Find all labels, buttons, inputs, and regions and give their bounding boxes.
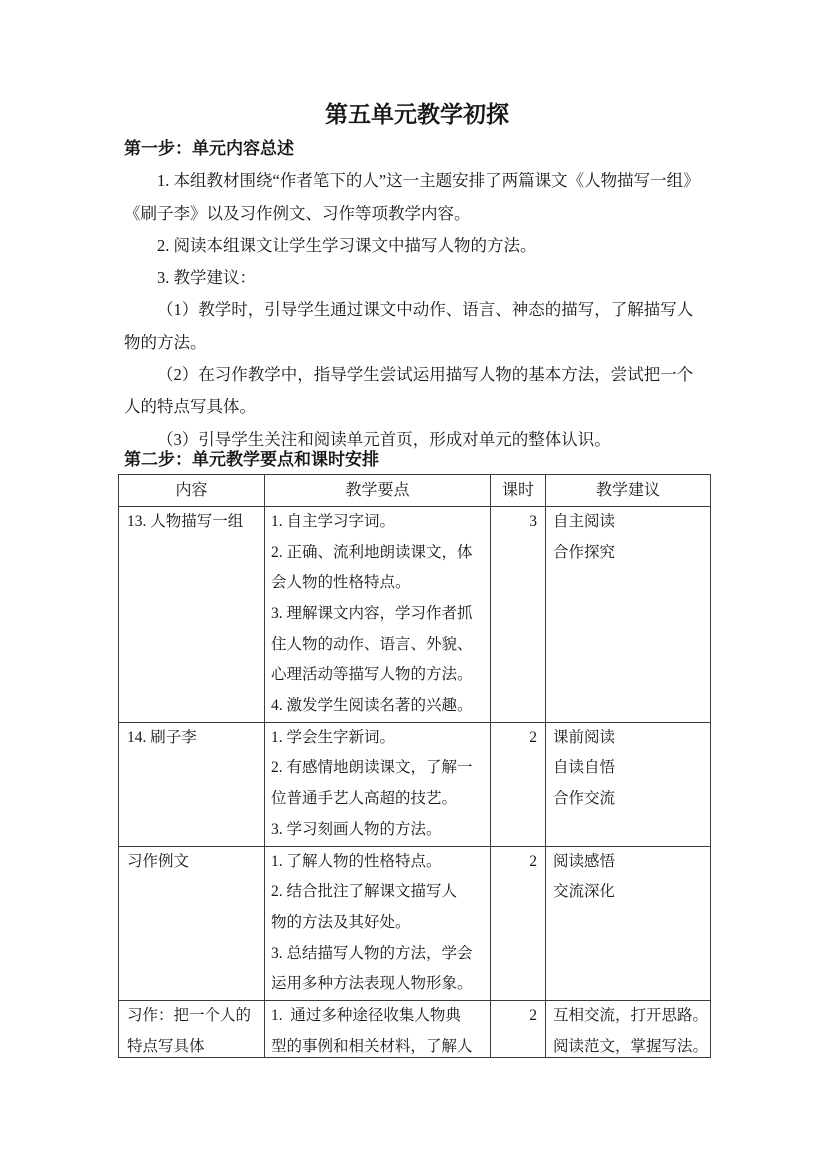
cell-line: 住人物的动作、语言、外貌、 — [265, 630, 490, 661]
body-line: （2）在习作教学中，指导学生尝试运用描写人物的基本方法，尝试把一个 — [124, 359, 710, 391]
body-line: 物的方法。 — [124, 327, 710, 359]
cell-line: 2 — [491, 847, 545, 878]
clipped-cell-box: 习作：把一个人的 特点写具体 — [119, 1001, 264, 1057]
cell-line: 阅读范文，掌握写法。 — [546, 1032, 710, 1057]
cell-line: 互相交流，打开思路。 — [546, 1001, 710, 1032]
cell-suggestions: 阅读感悟 交流深化 — [546, 846, 711, 1000]
cell-line: 1. 学会生字新词。 — [265, 723, 490, 754]
cell-line: 2. 结合批注了解课文描写人 — [265, 877, 490, 908]
cell-line: 会人物的性格特点。 — [265, 568, 490, 599]
cell-line: 物的方法及其好处。 — [265, 908, 490, 939]
cell-teaching-points: 1. 学会生字新词。 2. 有感情地朗读课文，了解一 位普通手艺人高超的技艺。 … — [265, 722, 491, 846]
cell-line: 3. 学习刻画人物的方法。 — [265, 815, 490, 846]
cell-content: 14. 刷子李 — [119, 722, 265, 846]
column-header-points: 教学要点 — [265, 474, 491, 506]
clipped-cell-box: 2 — [491, 1001, 545, 1057]
cell-hours: 3 — [491, 506, 546, 722]
cell-teaching-points: 1. 通过多种途径收集人物典 型的事例和相关材料，了解人 — [265, 1000, 491, 1057]
cell-hours: 2 — [491, 722, 546, 846]
cell-line: 合作交流 — [546, 784, 710, 815]
clipped-cell-box: 1. 通过多种途径收集人物典 型的事例和相关材料，了解人 — [265, 1001, 490, 1057]
cell-line: 交流深化 — [546, 877, 710, 908]
body-line: 2. 阅读本组课文让学生学习课文中描写人物的方法。 — [124, 230, 710, 262]
cell-line: 习作例文 — [119, 847, 264, 878]
table-row: 习作例文 1. 了解人物的性格特点。 2. 结合批注了解课文描写人 物的方法及其… — [119, 846, 711, 1000]
cell-line: 3 — [491, 507, 545, 538]
cell-line: 自主阅读 — [546, 507, 710, 538]
cell-line: 4. 激发学生阅读名著的兴趣。 — [265, 691, 490, 722]
table-row: 13. 人物描写一组 1. 自主学习字词。 2. 正确、流利地朗读课文，体 会人… — [119, 506, 711, 722]
cell-teaching-points: 1. 了解人物的性格特点。 2. 结合批注了解课文描写人 物的方法及其好处。 3… — [265, 846, 491, 1000]
clipped-cell-box: 互相交流，打开思路。 阅读范文，掌握写法。 — [546, 1001, 710, 1057]
document-content: 第五单元教学初探 第一步：单元内容总述 1. 本组教材围绕“作者笔下的人”这一主… — [124, 100, 710, 1058]
cell-content: 13. 人物描写一组 — [119, 506, 265, 722]
cell-line: 运用多种方法表现人物形象。 — [265, 969, 490, 1000]
document-title: 第五单元教学初探 — [124, 100, 710, 133]
body-line: 人的特点写具体。 — [124, 391, 710, 423]
cell-hours: 2 — [491, 1000, 546, 1057]
cell-content: 习作：把一个人的 特点写具体 — [119, 1000, 265, 1057]
cell-line: 型的事例和相关材料，了解人 — [265, 1032, 490, 1057]
cell-line: 特点写具体 — [119, 1032, 264, 1057]
cell-line: 2 — [491, 1001, 545, 1032]
cell-line: 课前阅读 — [546, 723, 710, 754]
body-line: （1）教学时，引导学生通过课文中动作、语言、神态的描写，了解描写人 — [124, 294, 710, 326]
cell-line: 2. 正确、流利地朗读课文，体 — [265, 538, 490, 569]
table-row: 习作：把一个人的 特点写具体 1. 通过多种途径收集人物典 型的事例和相关材料，… — [119, 1000, 711, 1057]
column-header-hours: 课时 — [491, 474, 546, 506]
cell-suggestions: 互相交流，打开思路。 阅读范文，掌握写法。 — [546, 1000, 711, 1057]
step1-heading: 第一步：单元内容总述 — [124, 133, 710, 165]
cell-line: 3. 总结描写人物的方法，学会 — [265, 939, 490, 970]
body-line: 1. 本组教材围绕“作者笔下的人”这一主题安排了两篇课文《人物描写一组》 — [124, 165, 710, 197]
body-line: 《刷子李》以及习作例文、习作等项教学内容。 — [124, 198, 710, 230]
cell-teaching-points: 1. 自主学习字词。 2. 正确、流利地朗读课文，体 会人物的性格特点。 3. … — [265, 506, 491, 722]
cell-line: 自读自悟 — [546, 753, 710, 784]
cell-hours: 2 — [491, 846, 546, 1000]
cell-line: 2. 有感情地朗读课文，了解一 — [265, 753, 490, 784]
cell-suggestions: 自主阅读 合作探究 — [546, 506, 711, 722]
cell-line: 1. 了解人物的性格特点。 — [265, 847, 490, 878]
cell-suggestions: 课前阅读 自读自悟 合作交流 — [546, 722, 711, 846]
cell-line: 3. 理解课文内容，学习作者抓 — [265, 599, 490, 630]
column-header-suggestions: 教学建议 — [546, 474, 711, 506]
column-header-content: 内容 — [119, 474, 265, 506]
document-page: 第五单元教学初探 第一步：单元内容总述 1. 本组教材围绕“作者笔下的人”这一主… — [0, 0, 827, 1169]
cell-line: 心理活动等描写人物的方法。 — [265, 660, 490, 691]
cell-line: 13. 人物描写一组 — [119, 507, 264, 538]
unit-plan-table: 内容 教学要点 课时 教学建议 13. 人物描写一组 1. 自主学习字词。 2.… — [118, 474, 711, 1058]
cell-line: 阅读感悟 — [546, 847, 710, 878]
cell-line: 合作探究 — [546, 538, 710, 569]
cell-line: 1. 通过多种途径收集人物典 — [265, 1001, 490, 1032]
cell-line: 位普通手艺人高超的技艺。 — [265, 784, 490, 815]
cell-line: 1. 自主学习字词。 — [265, 507, 490, 538]
table-header-row: 内容 教学要点 课时 教学建议 — [119, 474, 711, 506]
cell-line: 习作：把一个人的 — [119, 1001, 264, 1032]
body-line: 3. 教学建议： — [124, 262, 710, 294]
cell-line: 14. 刷子李 — [119, 723, 264, 754]
cell-content: 习作例文 — [119, 846, 265, 1000]
table-row: 14. 刷子李 1. 学会生字新词。 2. 有感情地朗读课文，了解一 位普通手艺… — [119, 722, 711, 846]
cell-line: 2 — [491, 723, 545, 754]
